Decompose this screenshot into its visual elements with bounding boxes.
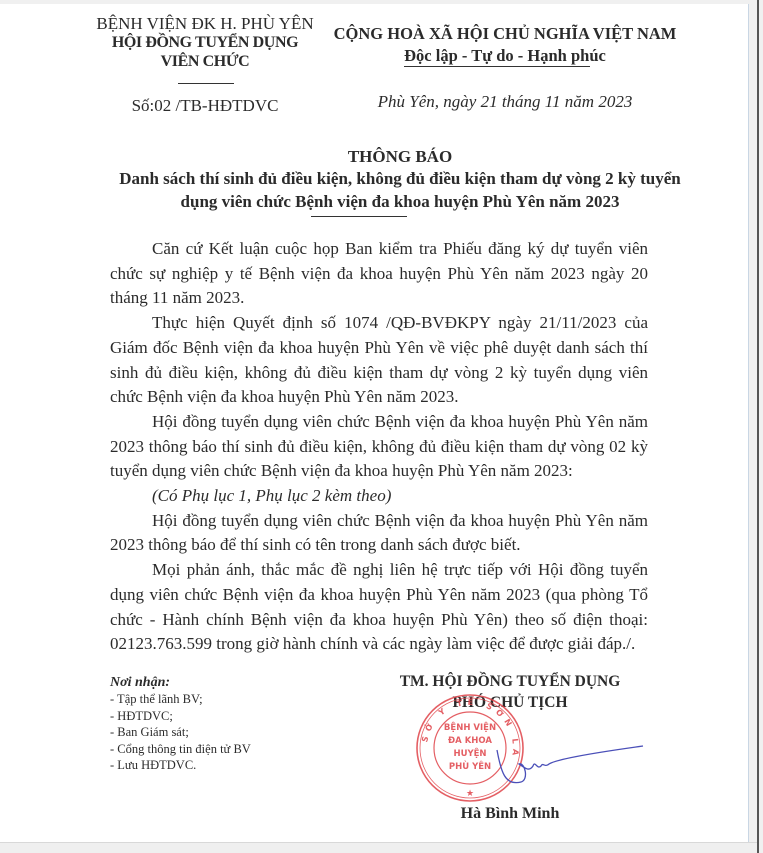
document-page: BỆNH VIỆN ĐK H. PHÙ YÊN HỘI ĐỒNG TUYỂN D…: [0, 4, 749, 842]
recipient-item: - Lưu HĐTDVC.: [110, 757, 251, 774]
nation-name: CỘNG HOÀ XÃ HỘI CHỦ NGHĨA VIỆT NAM: [330, 23, 680, 45]
divider-right: [404, 66, 590, 67]
on-behalf-of: TM. HỘI ĐỒNG TUYỂN DỤNG: [380, 671, 640, 692]
svg-text:ĐA KHOA: ĐA KHOA: [448, 736, 492, 746]
paragraph: Mọi phản ánh, thắc mắc đề nghị liên hệ t…: [110, 558, 648, 657]
handwritten-signature-icon: [495, 742, 645, 792]
paragraph: Hội đồng tuyển dụng viên chức Bệnh viện …: [110, 410, 648, 484]
council-name-line2: VIÊN CHỨC: [95, 52, 315, 71]
recipient-item: - Cổng thông tin điện tử BV: [110, 741, 251, 758]
council-name-line1: HỘI ĐỒNG TUYỂN DỤNG: [95, 33, 315, 52]
divider-left: [178, 83, 234, 84]
document-body: Căn cứ Kết luận cuộc họp Ban kiểm tra Ph…: [110, 237, 648, 657]
national-motto: Độc lập - Tự do - Hạnh phúc: [330, 45, 680, 67]
issuing-organization: BỆNH VIỆN ĐK H. PHÙ YÊN HỘI ĐỒNG TUYỂN D…: [95, 14, 315, 71]
hospital-name: BỆNH VIỆN ĐK H. PHÙ YÊN: [95, 14, 315, 33]
svg-text:BỆNH VIỆN: BỆNH VIỆN: [444, 722, 496, 733]
paragraph: Hội đồng tuyển dụng viên chức Bệnh viện …: [110, 509, 648, 558]
svg-text:HUYỆN: HUYỆN: [453, 748, 486, 759]
svg-text:★: ★: [466, 788, 474, 798]
window-edge: [757, 0, 759, 853]
recipient-item: - Tập thể lãnh BV;: [110, 691, 251, 708]
recipients-label: Nơi nhận:: [110, 674, 251, 691]
recipient-item: - HĐTDVC;: [110, 708, 251, 725]
appendix-note: (Có Phụ lục 1, Phụ lục 2 kèm theo): [110, 484, 648, 509]
paragraph: Thực hiện Quyết định số 1074 /QĐ-BVĐKPY …: [110, 311, 648, 410]
national-header: CỘNG HOÀ XÃ HỘI CHỦ NGHĨA VIỆT NAM Độc l…: [330, 23, 680, 67]
recipient-item: - Ban Giám sát;: [110, 724, 251, 741]
viewer-bottom-edge: [0, 842, 757, 853]
document-subtitle: Danh sách thí sinh đủ điều kiện, không đ…: [100, 167, 700, 213]
document-title: THÔNG BÁO: [100, 147, 700, 167]
recipients-list: Nơi nhận: - Tập thể lãnh BV; - HĐTDVC; -…: [110, 674, 251, 774]
signer-name: Hà Bình Minh: [380, 805, 640, 823]
svg-text:PHÙ YÊN: PHÙ YÊN: [449, 760, 491, 772]
place-date: Phù Yên, ngày 21 tháng 11 năm 2023: [330, 92, 680, 112]
document-number: Số:02 /TB-HĐTDVC: [95, 96, 315, 116]
paragraph: Căn cứ Kết luận cuộc họp Ban kiểm tra Ph…: [110, 237, 648, 311]
divider-title: [311, 216, 407, 217]
